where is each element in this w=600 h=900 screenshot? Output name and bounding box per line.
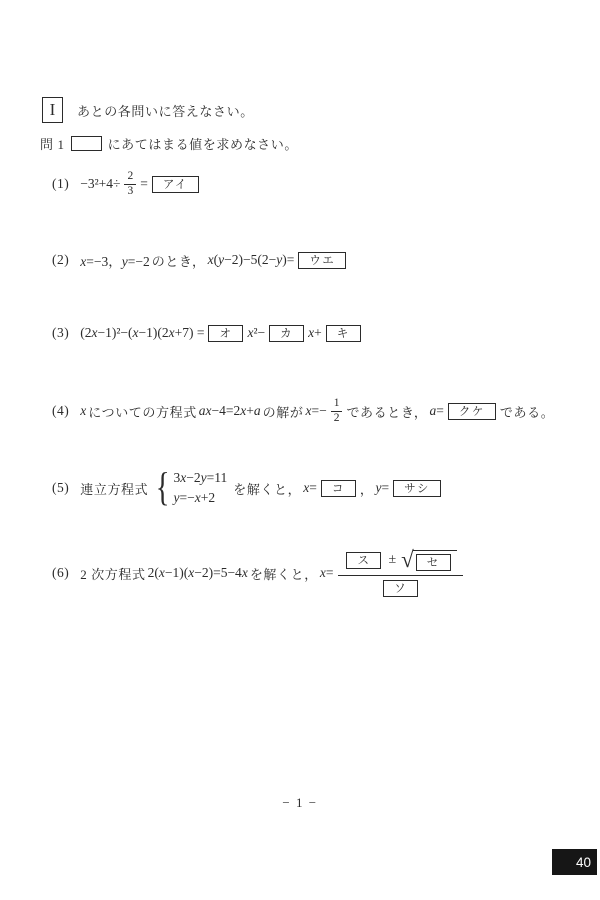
problem-6-text1: 2 次方程式	[80, 564, 145, 583]
system-brace: {	[156, 467, 170, 507]
problem-3-label: (3)	[52, 325, 69, 341]
answer-box-se: セ	[416, 554, 451, 571]
answer-box-sashi: サシ	[393, 480, 441, 497]
equals-sign: =	[140, 176, 148, 192]
solution-fraction: ス ± √ セ ソ	[338, 550, 462, 597]
fraction-1-2: 1 2	[331, 397, 343, 426]
problem-6-text2: を解くと，	[250, 564, 318, 583]
question1-blank-box	[71, 136, 102, 151]
page-number: − 1 −	[0, 795, 600, 811]
question1-label: 問 1	[40, 134, 65, 153]
section-marker: I	[42, 97, 63, 123]
equation-line-1: 3x−2y=11	[173, 468, 227, 488]
problem-4-label: (4)	[52, 403, 69, 419]
fraction-denominator: ソ	[381, 576, 420, 597]
answer-box-kuke: クケ	[448, 403, 496, 420]
problem-1-label: (1)	[52, 176, 69, 192]
fraction-denominator: 2	[331, 411, 343, 426]
equation-line-2: y=−x+2	[173, 488, 227, 508]
answer-box-ue: ウエ	[298, 252, 346, 269]
question1-row: 問 1 にあてはまる値を求めなさい。	[40, 134, 298, 153]
answer-box-ai: アイ	[152, 176, 199, 193]
problem-4-text4: である。	[500, 402, 554, 421]
problem-4-equation: ax−4=2x+a	[199, 403, 261, 419]
problem-4-a-equals: a=	[430, 403, 444, 419]
section-instruction: あとの各問いに答えなさい。	[77, 101, 254, 120]
problem-2: (2) x=−3，y=−2 のとき， x(y−2)−5(2−y)= ウエ	[52, 250, 348, 270]
problem-5-x-equals: x=	[303, 480, 317, 496]
problem-5: (5) 連立方程式 { 3x−2y=11 y=−x+2 を解くと， x= コ ，…	[52, 467, 443, 509]
problem-5-comma: ，	[360, 479, 374, 498]
problem-1-expression: −3²+4÷	[80, 176, 120, 192]
problem-5-text1: 連立方程式	[80, 479, 148, 498]
problem-3-expression: (2x−1)²−(x−1)(2x+7) =	[80, 325, 204, 341]
fraction-numerator: ス ± √ セ	[338, 550, 462, 576]
problem-1: (1) −3²+4÷ 2 3 = アイ	[52, 166, 201, 202]
answer-box-ko: コ	[321, 480, 356, 497]
problem-6-label: (6)	[52, 565, 69, 581]
answer-box-ka: カ	[269, 325, 304, 342]
square-root: √ セ	[401, 550, 457, 571]
problem-3: (3) (2x−1)²−(x−1)(2x+7) = オ x²− カ x+ キ	[52, 323, 363, 343]
fraction-2-3: 2 3	[124, 170, 136, 199]
plus-minus-sign: ±	[388, 552, 396, 568]
question1-instruction: にあてはまる値を求めなさい。	[108, 134, 298, 153]
answer-box-ki: キ	[326, 325, 361, 342]
page-tab-number: 40	[552, 849, 597, 875]
problem-6-equation: 2(x−1)(x−2)=5−4x	[148, 565, 248, 581]
problem-5-text2: を解くと，	[233, 479, 301, 498]
problem-4-text1: についての方程式	[88, 402, 197, 421]
problem-2-text: のとき，	[152, 251, 206, 270]
problem-4: (4) x についての方程式 ax−4=2x+a の解が x=− 1 2 である…	[52, 394, 554, 428]
answer-box-su: ス	[346, 552, 381, 569]
problem-6-x-equals: x=	[320, 565, 334, 581]
problem-2-expression: x(y−2)−5(2−y)=	[208, 252, 295, 268]
problem-2-label: (2)	[52, 252, 69, 268]
problem-4-variable: x	[80, 403, 86, 419]
problem-2-given: x=−3，y=−2	[80, 250, 149, 270]
problem-5-label: (5)	[52, 480, 69, 496]
equation-system: 3x−2y=11 y=−x+2	[173, 468, 227, 507]
radicand: セ	[413, 550, 457, 571]
fraction-numerator: 2	[124, 170, 136, 184]
section-header: I あとの各問いに答えなさい。	[42, 97, 254, 123]
problem-5-y-equals: y=	[375, 480, 389, 496]
answer-box-so: ソ	[383, 580, 418, 597]
exam-page: I あとの各問いに答えなさい。 問 1 にあてはまる値を求めなさい。 (1) −…	[0, 0, 600, 900]
problem-4-text2: の解が	[263, 402, 304, 421]
problem-3-mid2: x+	[308, 325, 322, 341]
problem-4-text3: であるとき，	[346, 402, 427, 421]
problem-6: (6) 2 次方程式 2(x−1)(x−2)=5−4x を解くと， x= ス ±…	[52, 548, 463, 598]
problem-4-solution: x=−	[305, 403, 326, 419]
problem-3-mid1: x²−	[247, 325, 265, 341]
answer-box-o: オ	[208, 325, 243, 342]
fraction-numerator: 1	[331, 397, 343, 411]
fraction-denominator: 3	[124, 184, 136, 199]
